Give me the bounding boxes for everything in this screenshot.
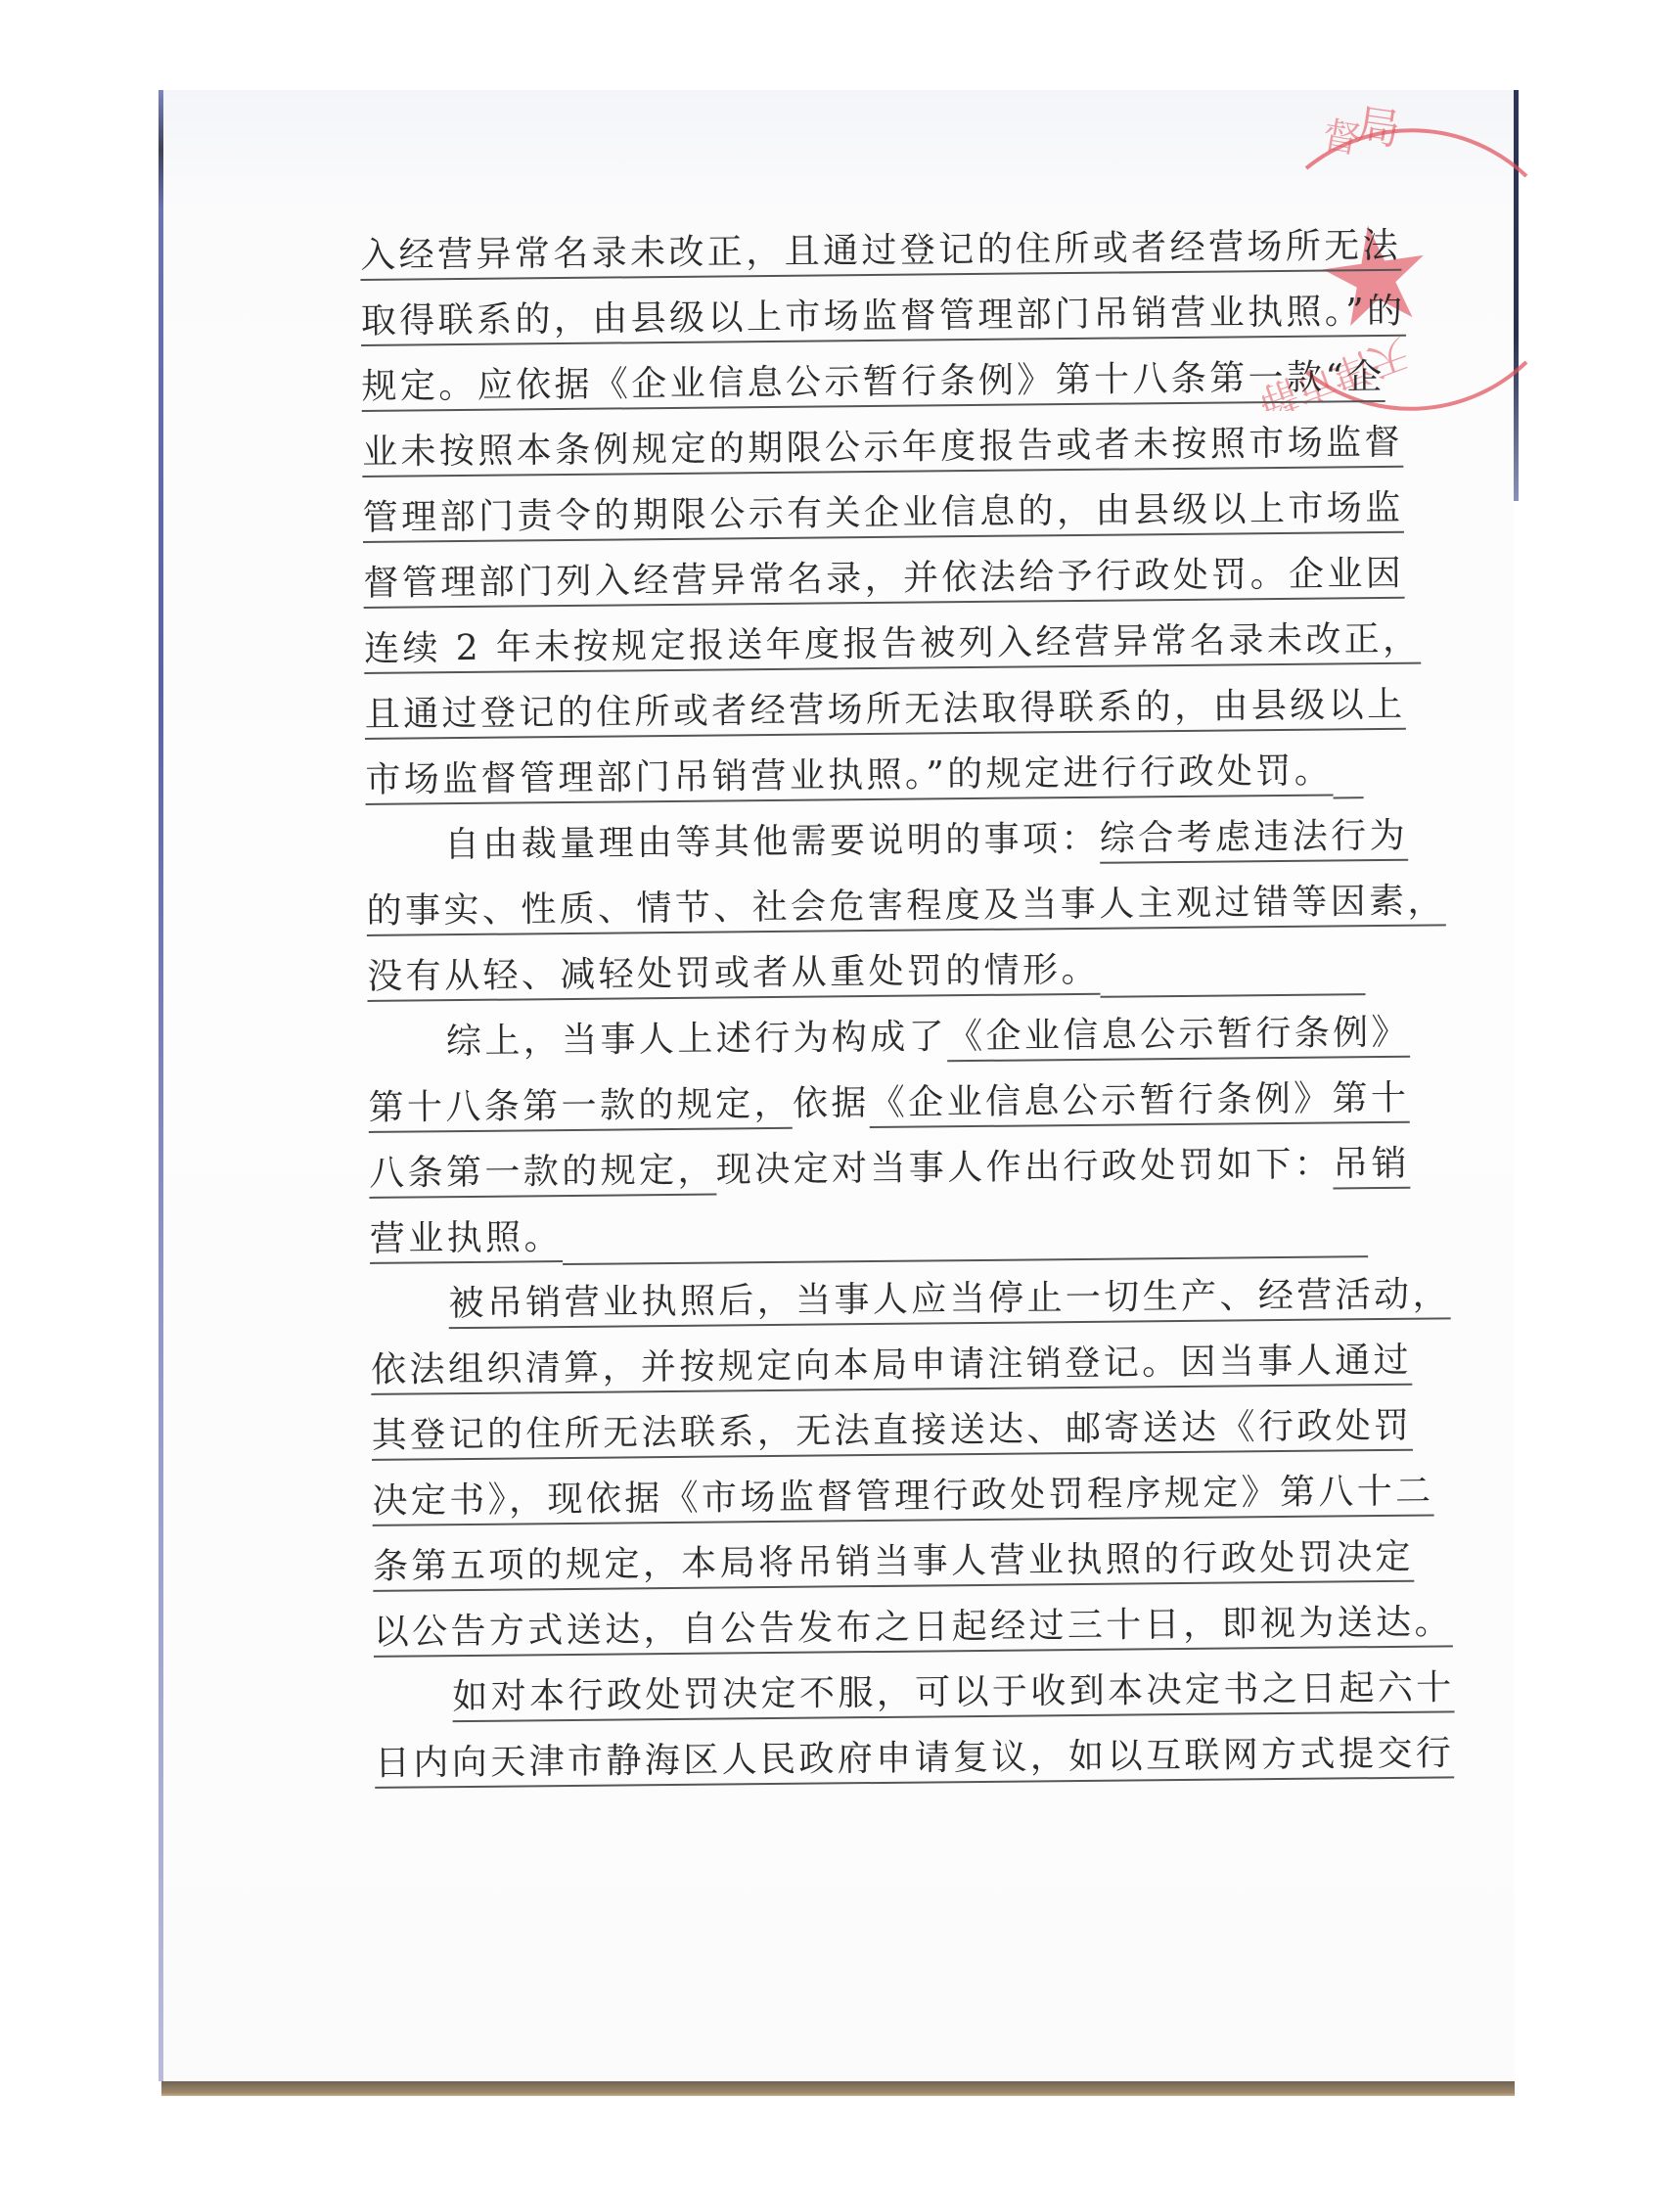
document-body: 入经营异常名录未改正，且通过登记的住所或者经营场所无法取得联系的，由县级以上市场… [360,223,1373,1806]
underline-fill [1101,993,1366,998]
text-line: 管理部门责令的期限公示有关企业信息的，由县级以上市场监 [363,485,1362,561]
underlined-text: 的事实、性质、情节、社会危害程度及当事人主观过错等因素， [366,881,1446,936]
text-line: 自由裁量理由等其他需要说明的事项：综合考虑违法行为 [366,812,1443,888]
text-line: 督管理部门列入经营异常名录，并依法给予行政处罚。企业因 [363,551,1362,626]
underlined-text: 吊销 [1333,1144,1410,1190]
text-line: 的事实、性质、情节、社会危害程度及当事人主观过错等因素， [366,879,1365,954]
text-line: 日内向天津市静海区人民政府申请复议，如以互联网方式提交行 [375,1731,1374,1806]
underlined-text: 被吊销营业执照后，当事人应当停止一切生产、经营活动， [448,1274,1451,1329]
text-line: 依法组织清算，并按规定向本局申请注销登记。因当事人通过 [371,1338,1370,1413]
underlined-text: 八条第一款的规定， [369,1151,716,1199]
underlined-text: 条第五项的规定，本局将吊销当事人营业执照的行政处罚决定 [373,1537,1414,1592]
underlined-text: 规定。应依据《企业信息公示暂行条例》第十八条第一款“企 [361,357,1385,412]
underlined-text: 没有从轻、减轻处罚或者从重处罚的情形。 [367,950,1100,1002]
text-line: 如对本行政处罚决定不服，可以于收到本决定书之日起六十 [374,1664,1451,1741]
text-line: 被吊销营业执照后，当事人应当停止一切生产、经营活动， [370,1271,1447,1347]
underlined-text: 决定书》，现依据《市场监督管理行政处罚程序规定》第八十二 [372,1472,1434,1526]
underlined-text: 管理部门责令的期限公示有关企业信息的，由县级以上市场监 [363,488,1404,543]
plain-text: 综上，当事人上述行为构成了 [446,1017,948,1062]
text-line: 业未按照本条例规定的期限公示年度报告或者未按照市场监督 [362,420,1361,495]
underlined-text: 入经营异常名录未改正，且通过登记的住所或者经营场所无法 [360,226,1401,281]
underlined-text: 以公告方式送达，自公告发布之日起经过三十日，即视为送达。 [374,1602,1454,1658]
text-line: 综上，当事人上述行为构成了《企业信息公示暂行条例》 [368,1009,1445,1085]
text-line: 市场监督管理部门吊销营业执照。”的规定进行行政处罚。 [365,748,1364,823]
page-left-edge [159,90,163,2081]
text-line: 规定。应依据《企业信息公示暂行条例》第十八条第一款“企 [361,354,1360,430]
text-line: 决定书》，现依据《市场监督管理行政处罚程序规定》第八十二 [372,1469,1371,1544]
underlined-text: 《企业信息公示暂行条例》第十 [870,1078,1410,1128]
underlined-text: 营业执照。 [370,1217,563,1264]
underlined-text: 取得联系的，由县级以上市场监督管理部门吊销营业执照。”的 [361,292,1406,346]
table-surface-edge [161,2081,1515,2096]
seal-top-char: 局 [1353,100,1403,156]
text-line: 入经营异常名录未改正，且通过登记的住所或者经营场所无法 [360,223,1359,298]
underlined-text: 《企业信息公示暂行条例》 [947,1013,1410,1063]
underlined-text: 综合考虑违法行为 [1100,816,1409,864]
underlined-text: 业未按照本条例规定的期限公示年度报告或者未按照市场监督 [362,423,1403,478]
text-line: 取得联系的，由县级以上市场监督管理部门吊销营业执照。”的 [361,289,1360,364]
underline-fill [1334,797,1364,798]
underline-fill [564,1255,1369,1265]
underlined-text: 日内向天津市静海区人民政府申请复议，如以互联网方式提交行 [375,1733,1455,1789]
text-line: 且通过登记的住所或者经营场所无法取得联系的，由县级以上 [365,682,1364,757]
text-line: 条第五项的规定，本局将吊销当事人营业执照的行政处罚决定 [373,1534,1372,1610]
text-line: 以公告方式送达，自公告发布之日起经过三十日，即视为送达。 [374,1600,1373,1675]
underlined-text: 依法组织清算，并按规定向本局申请注销登记。因当事人通过 [371,1341,1412,1395]
underlined-text: 且通过登记的住所或者经营场所无法取得联系的，由县级以上 [365,685,1406,740]
underlined-text: 如对本行政处罚决定不服，可以于收到本决定书之日起六十 [452,1667,1455,1722]
plain-text: 现决定对当事人作出行政处罚如下： [716,1145,1334,1191]
underlined-text: 连续 2 年未按规定报送年度报告被列入经营异常名录未改正， [364,619,1422,674]
text-line: 连续 2 年未按规定报送年度报告被列入经营异常名录未改正， [364,616,1363,692]
plain-text: 自由裁量理由等其他需要说明的事项： [444,819,1100,865]
text-line: 没有从轻、减轻处罚或者从重处罚的情形。 [367,944,1366,1020]
text-line: 八条第一款的规定，现决定对当事人作出行政处罚如下：吊销 [369,1141,1368,1216]
underlined-text: 其登记的住所无法联系，无法直接送达、邮寄送达《行政处罚 [372,1406,1413,1461]
text-line: 第十八条第一款的规定，依据《企业信息公示暂行条例》第十 [368,1075,1367,1151]
plain-text: 依据 [793,1083,870,1124]
underlined-text: 市场监督管理部门吊销营业执照。”的规定进行行政处罚。 [365,751,1333,804]
text-line: 营业执照。 [370,1206,1369,1282]
text-line: 其登记的住所无法联系，无法直接送达、邮寄送达《行政处罚 [372,1403,1371,1479]
underlined-text: 督管理部门列入经营异常名录，并依法给予行政处罚。企业因 [363,554,1404,609]
underlined-text: 第十八条第一款的规定， [368,1084,793,1133]
